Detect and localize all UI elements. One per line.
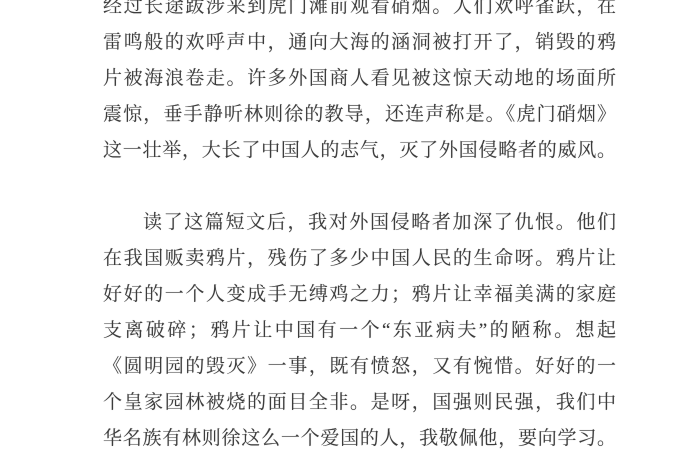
text-line: 片被海浪卷走。许多外国商人看见被这惊天动地的场面所	[103, 61, 616, 97]
text-line: 经过长途跋涉来到虎门滩前观看硝烟。人们欢呼雀跃，在	[103, 0, 616, 25]
text-line: 支离破碎；鸦片让中国有一个“东亚病夫”的陋称。想起	[103, 313, 616, 349]
text-line: 《圆明园的毁灭》一事，既有愤怒，又有惋惜。好好的一	[103, 349, 616, 385]
text-line: 雷鸣般的欢呼声中，通向大海的涵洞被打开了，销毁的鸦	[103, 25, 616, 61]
essay-text-block: 经过长途跋涉来到虎门滩前观看硝烟。人们欢呼雀跃，在 雷鸣般的欢呼声中，通向大海的…	[103, 0, 616, 457]
paragraph-1: 经过长途跋涉来到虎门滩前观看硝烟。人们欢呼雀跃，在 雷鸣般的欢呼声中，通向大海的…	[103, 0, 616, 169]
text-line: 这一壮举，大长了中国人的志气，灭了外国侵略者的威风。	[103, 133, 616, 169]
text-line: 在我国贩卖鸦片，残伤了多少中国人民的生命呀。鸦片让	[103, 241, 616, 277]
paragraph-2: 读了这篇短文后，我对外国侵略者加深了仇恨。他们 在我国贩卖鸦片，残伤了多少中国人…	[103, 205, 616, 457]
text-line: 个皇家园林被烧的面目全非。是呀，国强则民强，我们中	[103, 385, 616, 421]
text-line: 好好的一个人变成手无缚鸡之力；鸦片让幸福美满的家庭	[103, 277, 616, 313]
text-line: 华名族有林则徐这么一个爱国的人，我敬佩他，要向学习。	[103, 421, 616, 457]
document-page: 经过长途跋涉来到虎门滩前观看硝烟。人们欢呼雀跃，在 雷鸣般的欢呼声中，通向大海的…	[0, 0, 700, 470]
text-line: 读了这篇短文后，我对外国侵略者加深了仇恨。他们	[103, 205, 616, 241]
text-line: 震惊，垂手静听林则徐的教导，还连声称是。《虎门硝烟》	[103, 97, 616, 133]
